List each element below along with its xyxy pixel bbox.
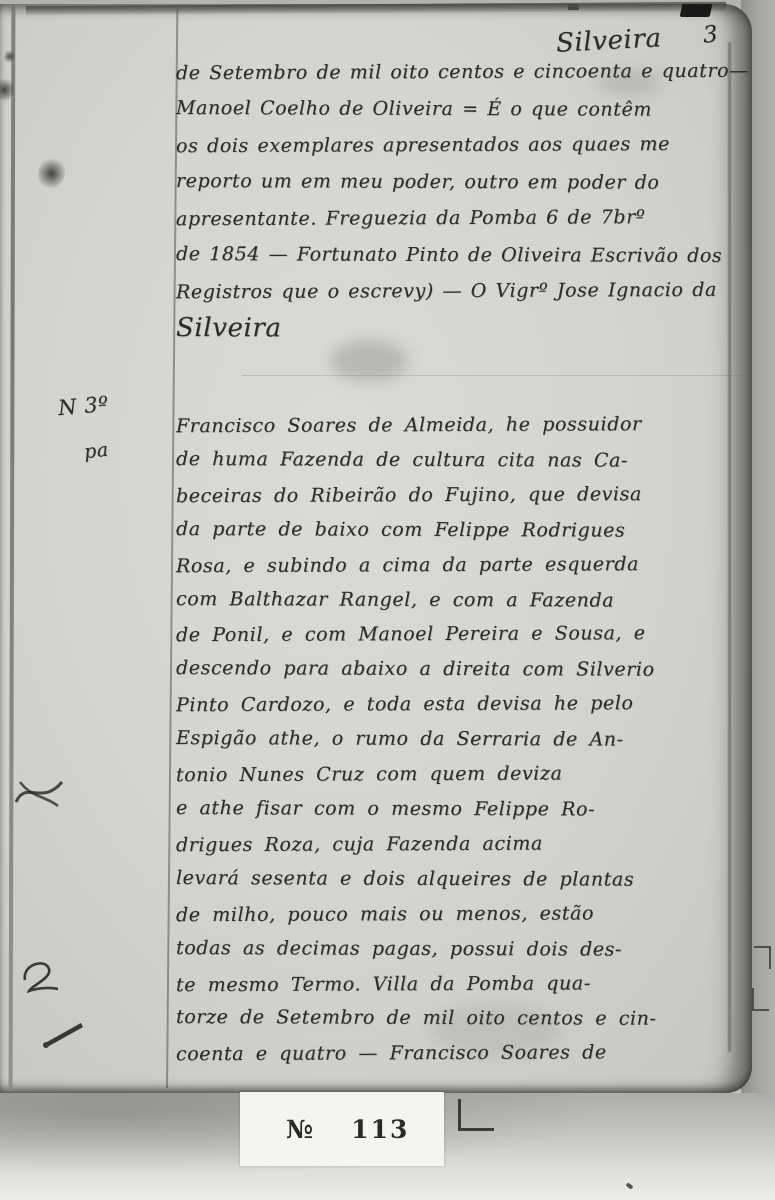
margin-dash-scribble-mark (40, 1018, 94, 1050)
handwritten-line: os dois exemplares apresentados aos quae… (176, 126, 738, 165)
handwritten-line: Francisco Soares de Almeida, he possuido… (176, 407, 734, 444)
stamp-number: 113 (351, 1115, 409, 1144)
handwritten-line: com Balthazar Rangel, e com a Fazenda (176, 582, 734, 619)
handwritten-line: beceiras do Ribeirão do Fujino, que devi… (176, 477, 734, 514)
entry-margin-note: pa (83, 439, 110, 463)
manuscript-page: Silveira 3 de Setembro de mil oito cento… (0, 4, 752, 1093)
page-number: 3 (702, 21, 720, 48)
handwritten-line: Rosa, e subindo a cima da parte esquerda (176, 546, 734, 583)
dark-tab-mark (680, 4, 713, 17)
handwritten-line: de Setembro de mil oito centos e cincoen… (176, 53, 738, 92)
numero-symbol: № (286, 1115, 313, 1144)
handwritten-line: de 1854 — Fortunato Pinto de Oliveira Es… (176, 236, 738, 274)
handwritten-line: drigues Roza, cuja Fazenda acima (176, 826, 734, 863)
edge-bracket-mark (754, 946, 771, 969)
margin-numeral-scribble-mark (18, 954, 66, 1002)
handwritten-line: e athe fisar com o mesmo Felippe Ro- (176, 791, 734, 828)
handwritten-line: coenta e quatro — Francisco Soares de (176, 1035, 734, 1072)
archival-number-label: № 113 (240, 1092, 444, 1166)
handwritten-line: Espigão athe, o rumo da Serraria de An- (176, 721, 734, 758)
handwritten-line: de Ponil, e com Manoel Pereira e Sousa, … (176, 616, 734, 653)
handwritten-line: descendo para abaixo a direita com Silve… (176, 651, 734, 688)
entry-paragraph: Francisco Soares de Almeida, he possuido… (176, 408, 734, 1071)
handwritten-line: Manoel Coelho de Oliveira = É o que cont… (176, 90, 738, 128)
margin-x-scribble-mark (12, 772, 68, 816)
handwritten-line: Pinto Cardozo, e toda esta devisa he pel… (176, 686, 734, 723)
handwritten-line: tonio Nunes Cruz com quem deviza (176, 756, 734, 793)
handwritten-line: Silveira (176, 310, 738, 348)
handwritten-line: reporto um em meu poder, outro em poder … (176, 163, 738, 201)
entry-number-margin: N 3º (57, 392, 110, 420)
corner-bracket-mark (458, 1099, 494, 1131)
handwritten-line: de milho, pouco mais ou menos, estão (176, 895, 734, 932)
ink-stain (38, 157, 65, 190)
scanned-manuscript-document: Silveira 3 de Setembro de mil oito cento… (0, 0, 775, 1200)
handwritten-line: da parte de baixo com Felippe Rodrigues (176, 512, 734, 549)
handwritten-line: torze de Setembro de mil oito centos e c… (176, 1000, 734, 1037)
handwritten-line: te mesmo Termo. Villa da Pomba qua- (176, 965, 734, 1002)
handwritten-line: de huma Fazenda de cultura cita nas Ca- (176, 442, 734, 479)
edge-bracket-mark (752, 988, 769, 1011)
handwritten-line: Registros que o escrevy) — O Vigrº Jose … (176, 272, 738, 311)
paper-crease (242, 375, 742, 376)
page-top-edge-shadow (26, 2, 726, 15)
closing-paragraph: de Setembro de mil oito centos e cincoen… (176, 54, 738, 347)
binding-fold-line (9, 4, 16, 1091)
handwritten-line: levará sesenta e dois alqueires de plant… (176, 861, 734, 898)
handwritten-line: todas as decimas pagas, possui dois des- (176, 931, 734, 968)
handwritten-line: apresentante. Freguezia da Pomba 6 de 7b… (176, 199, 738, 238)
dark-edge-mark (568, 4, 579, 10)
